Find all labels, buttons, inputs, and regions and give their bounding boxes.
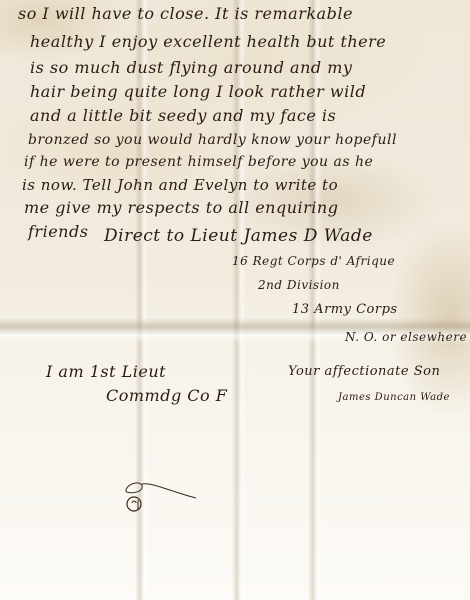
address-line: Direct to Lieut James D Wade bbox=[104, 226, 373, 246]
signature: James Duncan Wade bbox=[338, 392, 450, 403]
body-line: bronzed so you would hardly know your ho… bbox=[28, 132, 397, 148]
address-line: 2nd Division bbox=[258, 278, 340, 292]
body-line: is now. Tell John and Evelyn to write to bbox=[22, 176, 338, 194]
body-line: so I will have to close. It is remarkabl… bbox=[18, 4, 353, 23]
flourish-mark-icon bbox=[122, 478, 202, 518]
body-line: hair being quite long I look rather wild bbox=[30, 82, 366, 101]
address-line: N. O. or elsewhere bbox=[345, 330, 467, 344]
body-line: me give my respects to all enquiring bbox=[24, 198, 338, 217]
postscript-line: I am 1st Lieut bbox=[46, 362, 166, 381]
address-line: 16 Regt Corps d' Afrique bbox=[232, 254, 395, 268]
valediction: Your affectionate Son bbox=[288, 364, 440, 379]
postscript-line: Commdg Co F bbox=[106, 386, 227, 405]
body-line: healthy I enjoy excellent health but the… bbox=[30, 32, 386, 51]
body-line: is so much dust flying around and my bbox=[30, 58, 352, 77]
body-line: if he were to present himself before you… bbox=[24, 154, 373, 170]
body-line: friends bbox=[28, 222, 88, 241]
address-line: 13 Army Corps bbox=[292, 302, 398, 317]
letter-page: so I will have to close. It is remarkabl… bbox=[0, 0, 470, 600]
body-line: and a little bit seedy and my face is bbox=[30, 106, 336, 125]
